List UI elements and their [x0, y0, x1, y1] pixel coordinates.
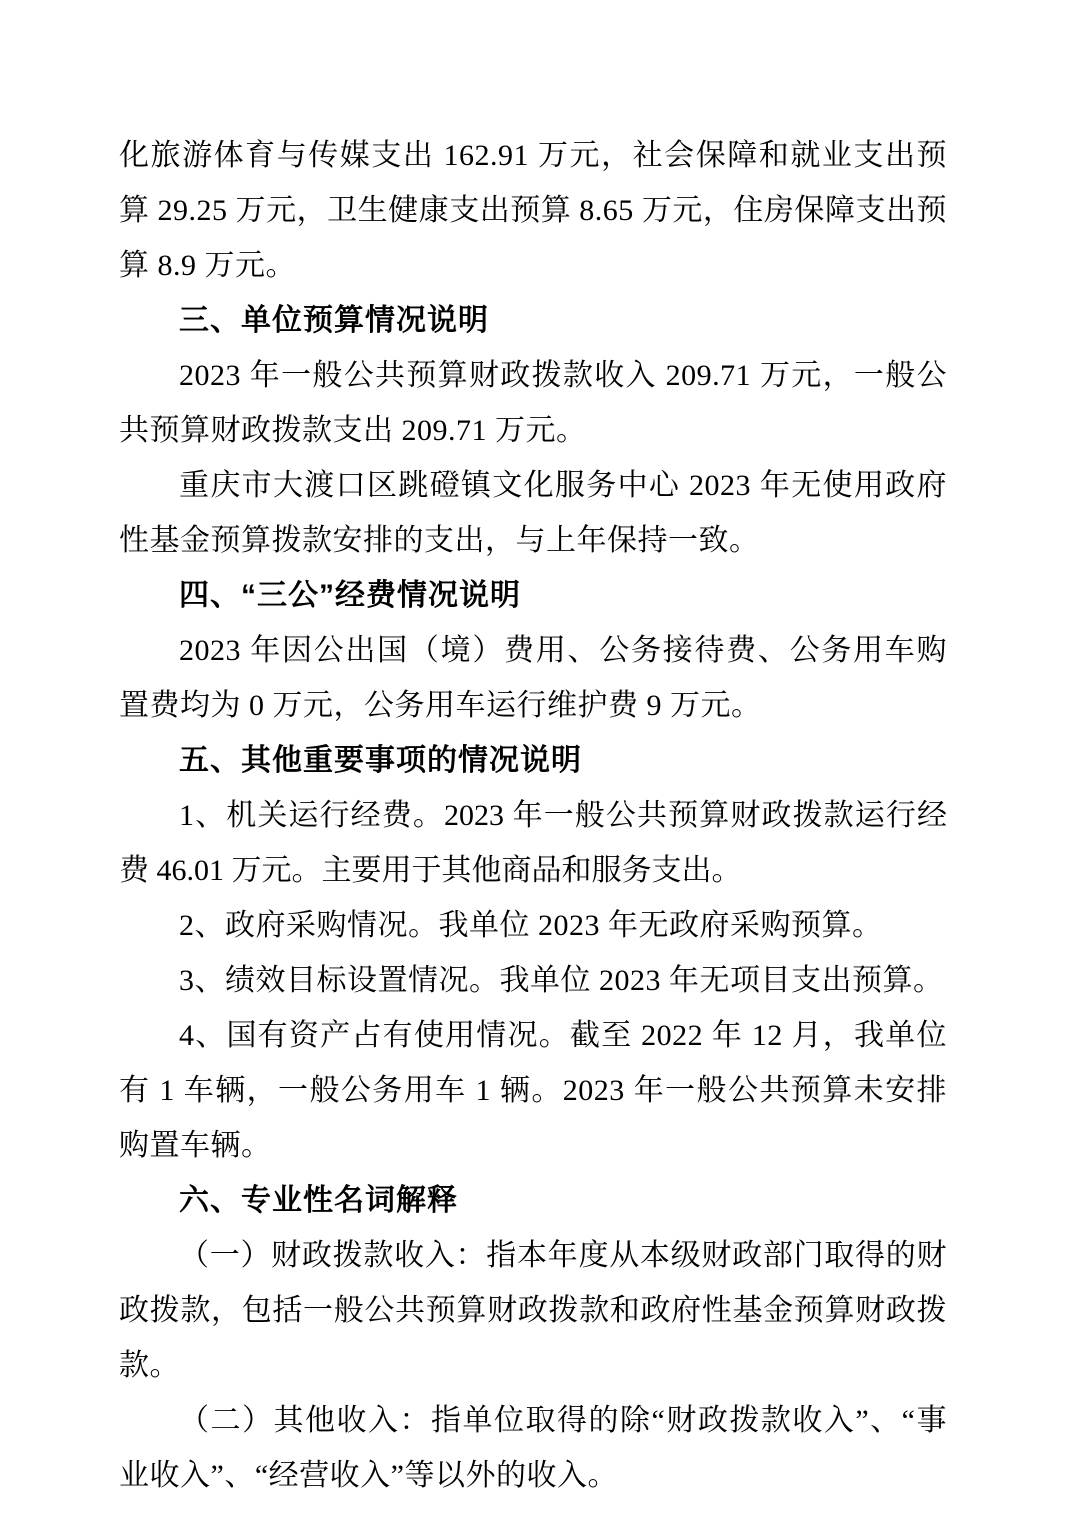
paragraph-government-fund-budget: 重庆市大渡口区跳磴镇文化服务中心 2023 年无使用政府性基金预算拨款安排的支出… — [119, 458, 947, 568]
heading-section-6-terminology: 六、专业性名词解释 — [119, 1173, 947, 1228]
heading-section-4-three-public-expenses: 四、“三公”经费情况说明 — [119, 568, 947, 623]
paragraph-three-public-expenses-detail: 2023 年因公出国（境）费用、公务接待费、公务用车购置费均为 0 万元，公务用… — [119, 623, 947, 733]
paragraph-item-4-state-owned-assets: 4、国有资产占有使用情况。截至 2022 年 12 月，我单位有 1 车辆，一般… — [119, 1008, 947, 1173]
paragraph-item-3-performance-targets: 3、绩效目标设置情况。我单位 2023 年无项目支出预算。 — [119, 953, 947, 1008]
paragraph-item-1-operating-expenses: 1、机关运行经费。2023 年一般公共预算财政拨款运行经费 46.01 万元。主… — [119, 788, 947, 898]
paragraph-term-1-fiscal-appropriation-income: （一）财政拨款收入：指本年度从本级财政部门取得的财政拨款，包括一般公共预算财政拨… — [119, 1228, 947, 1393]
paragraph-budget-income-expenditure: 2023 年一般公共预算财政拨款收入 209.71 万元，一般公共预算财政拨款支… — [119, 348, 947, 458]
heading-section-3-unit-budget: 三、单位预算情况说明 — [119, 293, 947, 348]
paragraph-term-2-other-income: （二）其他收入：指单位取得的除“财政拨款收入”、“事业收入”、“经营收入”等以外… — [119, 1393, 947, 1503]
document-page: 化旅游体育与传媒支出 162.91 万元，社会保障和就业支出预算 29.25 万… — [0, 0, 1074, 1520]
paragraph-item-2-government-procurement: 2、政府采购情况。我单位 2023 年无政府采购预算。 — [119, 898, 947, 953]
heading-section-5-other-important-matters: 五、其他重要事项的情况说明 — [119, 733, 947, 788]
document-content: 化旅游体育与传媒支出 162.91 万元，社会保障和就业支出预算 29.25 万… — [119, 128, 947, 1503]
paragraph-expense-breakdown-continued: 化旅游体育与传媒支出 162.91 万元，社会保障和就业支出预算 29.25 万… — [119, 128, 947, 293]
